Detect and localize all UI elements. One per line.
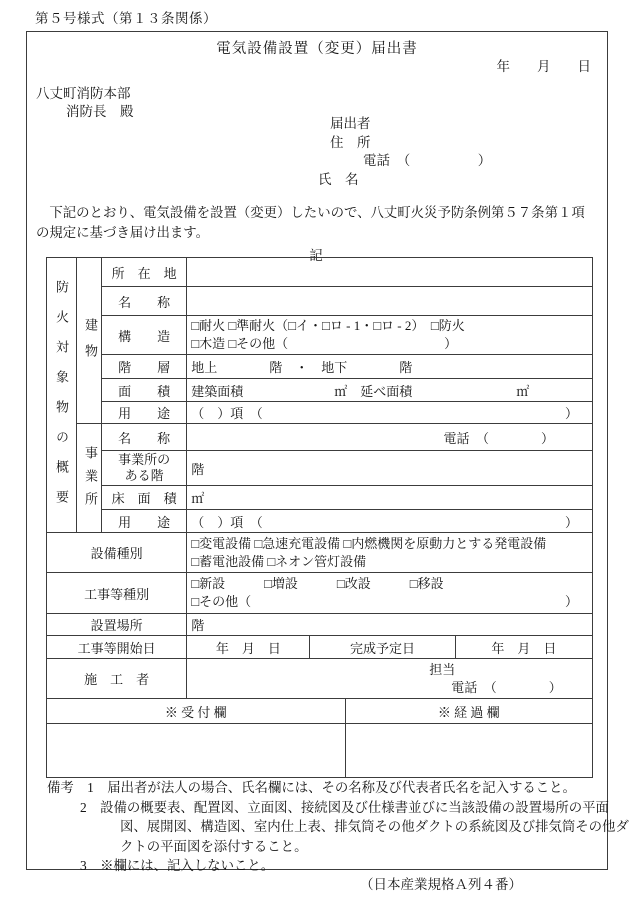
label-install-place: 設置場所 — [47, 614, 187, 636]
field-building-structure: □耐火 □準耐火（□イ・□ロ - 1・□ロ - 2） □防火 □木造 □その他（… — [187, 316, 593, 355]
field-building-floors: 地上 階 ・ 地下 階 — [187, 355, 593, 379]
equipment-options-line-1: □変電設備 □急速充電設備 □内燃機関を原動力とする発電設備 — [191, 535, 588, 553]
field-office-floor: 階 — [187, 451, 593, 486]
label-building-name: 名 称 — [102, 287, 187, 316]
date-line: 年 月 日 — [497, 55, 592, 75]
label-office-name: 名 称 — [102, 424, 187, 451]
label-building-structure: 構 造 — [102, 316, 187, 355]
section-building-header: 建物 — [77, 258, 102, 424]
field-office-name: 電話 （ ） — [187, 424, 593, 451]
field-completion-date: 年 月 日 — [455, 636, 592, 659]
section-office-header: 事業所 — [77, 424, 102, 533]
label-contractor: 施 工 者 — [47, 659, 187, 699]
contractor-staff-label: 担当 — [191, 661, 588, 679]
label-office-floor: 事業所の ある階 — [102, 451, 187, 486]
remarks-block: 備考 1 届出者が法人の場合、氏名欄には、その名称及び代表者氏名を記入すること。… — [47, 778, 607, 876]
form-border: 電気設備設置（変更）届出書 年 月 日 八丈町消防本部 消防長 殿 届出者 住 … — [26, 31, 608, 870]
office-floor-label-line-1: 事業所の — [106, 452, 182, 468]
office-floor-label-line-2: ある階 — [106, 468, 182, 484]
remark-line-1: 備考 1 届出者が法人の場合、氏名欄には、その名称及び代表者氏名を記入すること。 — [47, 778, 607, 798]
field-start-date: 年 月 日 — [187, 636, 310, 659]
notifier-name-label: 氏 名 — [318, 171, 491, 190]
form-page: 第５号様式（第１３条関係） 電気設備設置（変更）届出書 年 月 日 八丈町消防本… — [0, 0, 630, 903]
structure-options-line-1: □耐火 □準耐火（□イ・□ロ - 1・□ロ - 2） □防火 — [191, 317, 588, 335]
field-building-name — [187, 287, 593, 316]
jis-size-note: （日本産業規格Ａ列４番） — [360, 873, 522, 893]
reception-field — [47, 724, 346, 778]
office-use-open: （ ）項 （ — [191, 512, 263, 531]
label-building-location: 所 在 地 — [102, 258, 187, 287]
building-use-close: ） — [565, 403, 588, 422]
details-table: 防火対象物の概要 建物 所 在 地 名 称 構 造 □耐火 □準耐火（□イ・□ロ… — [46, 257, 593, 778]
label-equipment-type: 設備種別 — [47, 533, 187, 573]
progress-field — [345, 724, 593, 778]
field-building-area: 建築面積 ㎡ 延べ面積 ㎡ — [187, 379, 593, 402]
office-phone-label: 電話 （ ） — [443, 428, 588, 447]
recipient-org: 八丈町消防本部 — [36, 82, 131, 102]
office-vertical-label: 事業所 — [81, 446, 100, 515]
label-completion-date: 完成予定日 — [310, 636, 455, 659]
office-use-close: ） — [565, 512, 588, 531]
field-equipment-type: □変電設備 □急速充電設備 □内燃機関を原動力とする発電設備 □蓄電池設備 □ネ… — [187, 533, 593, 573]
remark-line-2: 2 設備の概要表、配置図、立面図、接続図及び仕様書並びに当該設備の設置場所の平面 — [47, 798, 607, 818]
contractor-phone-label: 電話 （ ） — [191, 679, 588, 697]
label-building-use: 用 途 — [102, 402, 187, 424]
notifier-label: 届出者 — [318, 115, 491, 134]
equipment-options-line-2: □蓄電池設備 □ネオン管灯設備 — [191, 553, 588, 571]
label-office-use: 用 途 — [102, 510, 187, 533]
declaration-line-2: の規定に基づき届け出ます。 — [36, 223, 602, 243]
label-building-area: 面 積 — [102, 379, 187, 402]
label-building-floors: 階 層 — [102, 355, 187, 379]
reception-column-header: ※ 受 付 欄 — [47, 699, 346, 724]
field-building-use: （ ）項 （ ） — [187, 402, 593, 424]
structure-options-line-2: □木造 □その他（ ） — [191, 335, 588, 353]
work-other-open: □その他（ — [191, 593, 251, 611]
work-other-close: ） — [565, 593, 588, 611]
section-fire-object-header: 防火対象物の概要 — [47, 258, 77, 533]
notifier-phone-label: 電話 （ ） — [318, 152, 491, 171]
field-work-type: □新設 □増設 □改設 □移設 □その他（ ） — [187, 573, 593, 614]
declaration-line-1: 下記のとおり、電気設備を設置（変更）したいので、八丈町火災予防条例第５７条第１項 — [36, 203, 602, 223]
label-start-date: 工事等開始日 — [47, 636, 187, 659]
notifier-block: 届出者 住 所 電話 （ ） 氏 名 — [318, 115, 491, 189]
building-use-open: （ ）項 （ — [191, 403, 263, 422]
work-options-line-1: □新設 □増設 □改設 □移設 — [191, 575, 588, 593]
building-vertical-label: 建物 — [81, 318, 100, 370]
declaration-text: 下記のとおり、電気設備を設置（変更）したいので、八丈町火災予防条例第５７条第１項… — [36, 203, 602, 243]
field-office-floor-area: ㎡ — [187, 486, 593, 510]
remark-line-3: 図、展開図、構造図、室内仕上表、排気筒その他ダクトの系統図及び排気筒その他ダ — [47, 817, 607, 837]
progress-column-header: ※ 経 過 欄 — [345, 699, 593, 724]
field-building-location — [187, 258, 593, 287]
remark-line-5: 3 ※欄には、記入しないこと。 — [47, 856, 607, 876]
field-office-use: （ ）項 （ ） — [187, 510, 593, 533]
field-install-place: 階 — [187, 614, 593, 636]
notifier-address-label: 住 所 — [318, 134, 491, 153]
label-work-type: 工事等種別 — [47, 573, 187, 614]
remark-line-4: クトの平面図を添付すること。 — [47, 837, 607, 857]
fire-object-vertical-label: 防火対象物の概要 — [52, 280, 71, 520]
recipient-chief: 消防長 殿 — [66, 100, 134, 120]
label-office-floor-area: 床 面 積 — [102, 486, 187, 510]
style-number: 第５号様式（第１３条関係） — [35, 7, 217, 27]
field-contractor: 担当 電話 （ ） — [187, 659, 593, 699]
